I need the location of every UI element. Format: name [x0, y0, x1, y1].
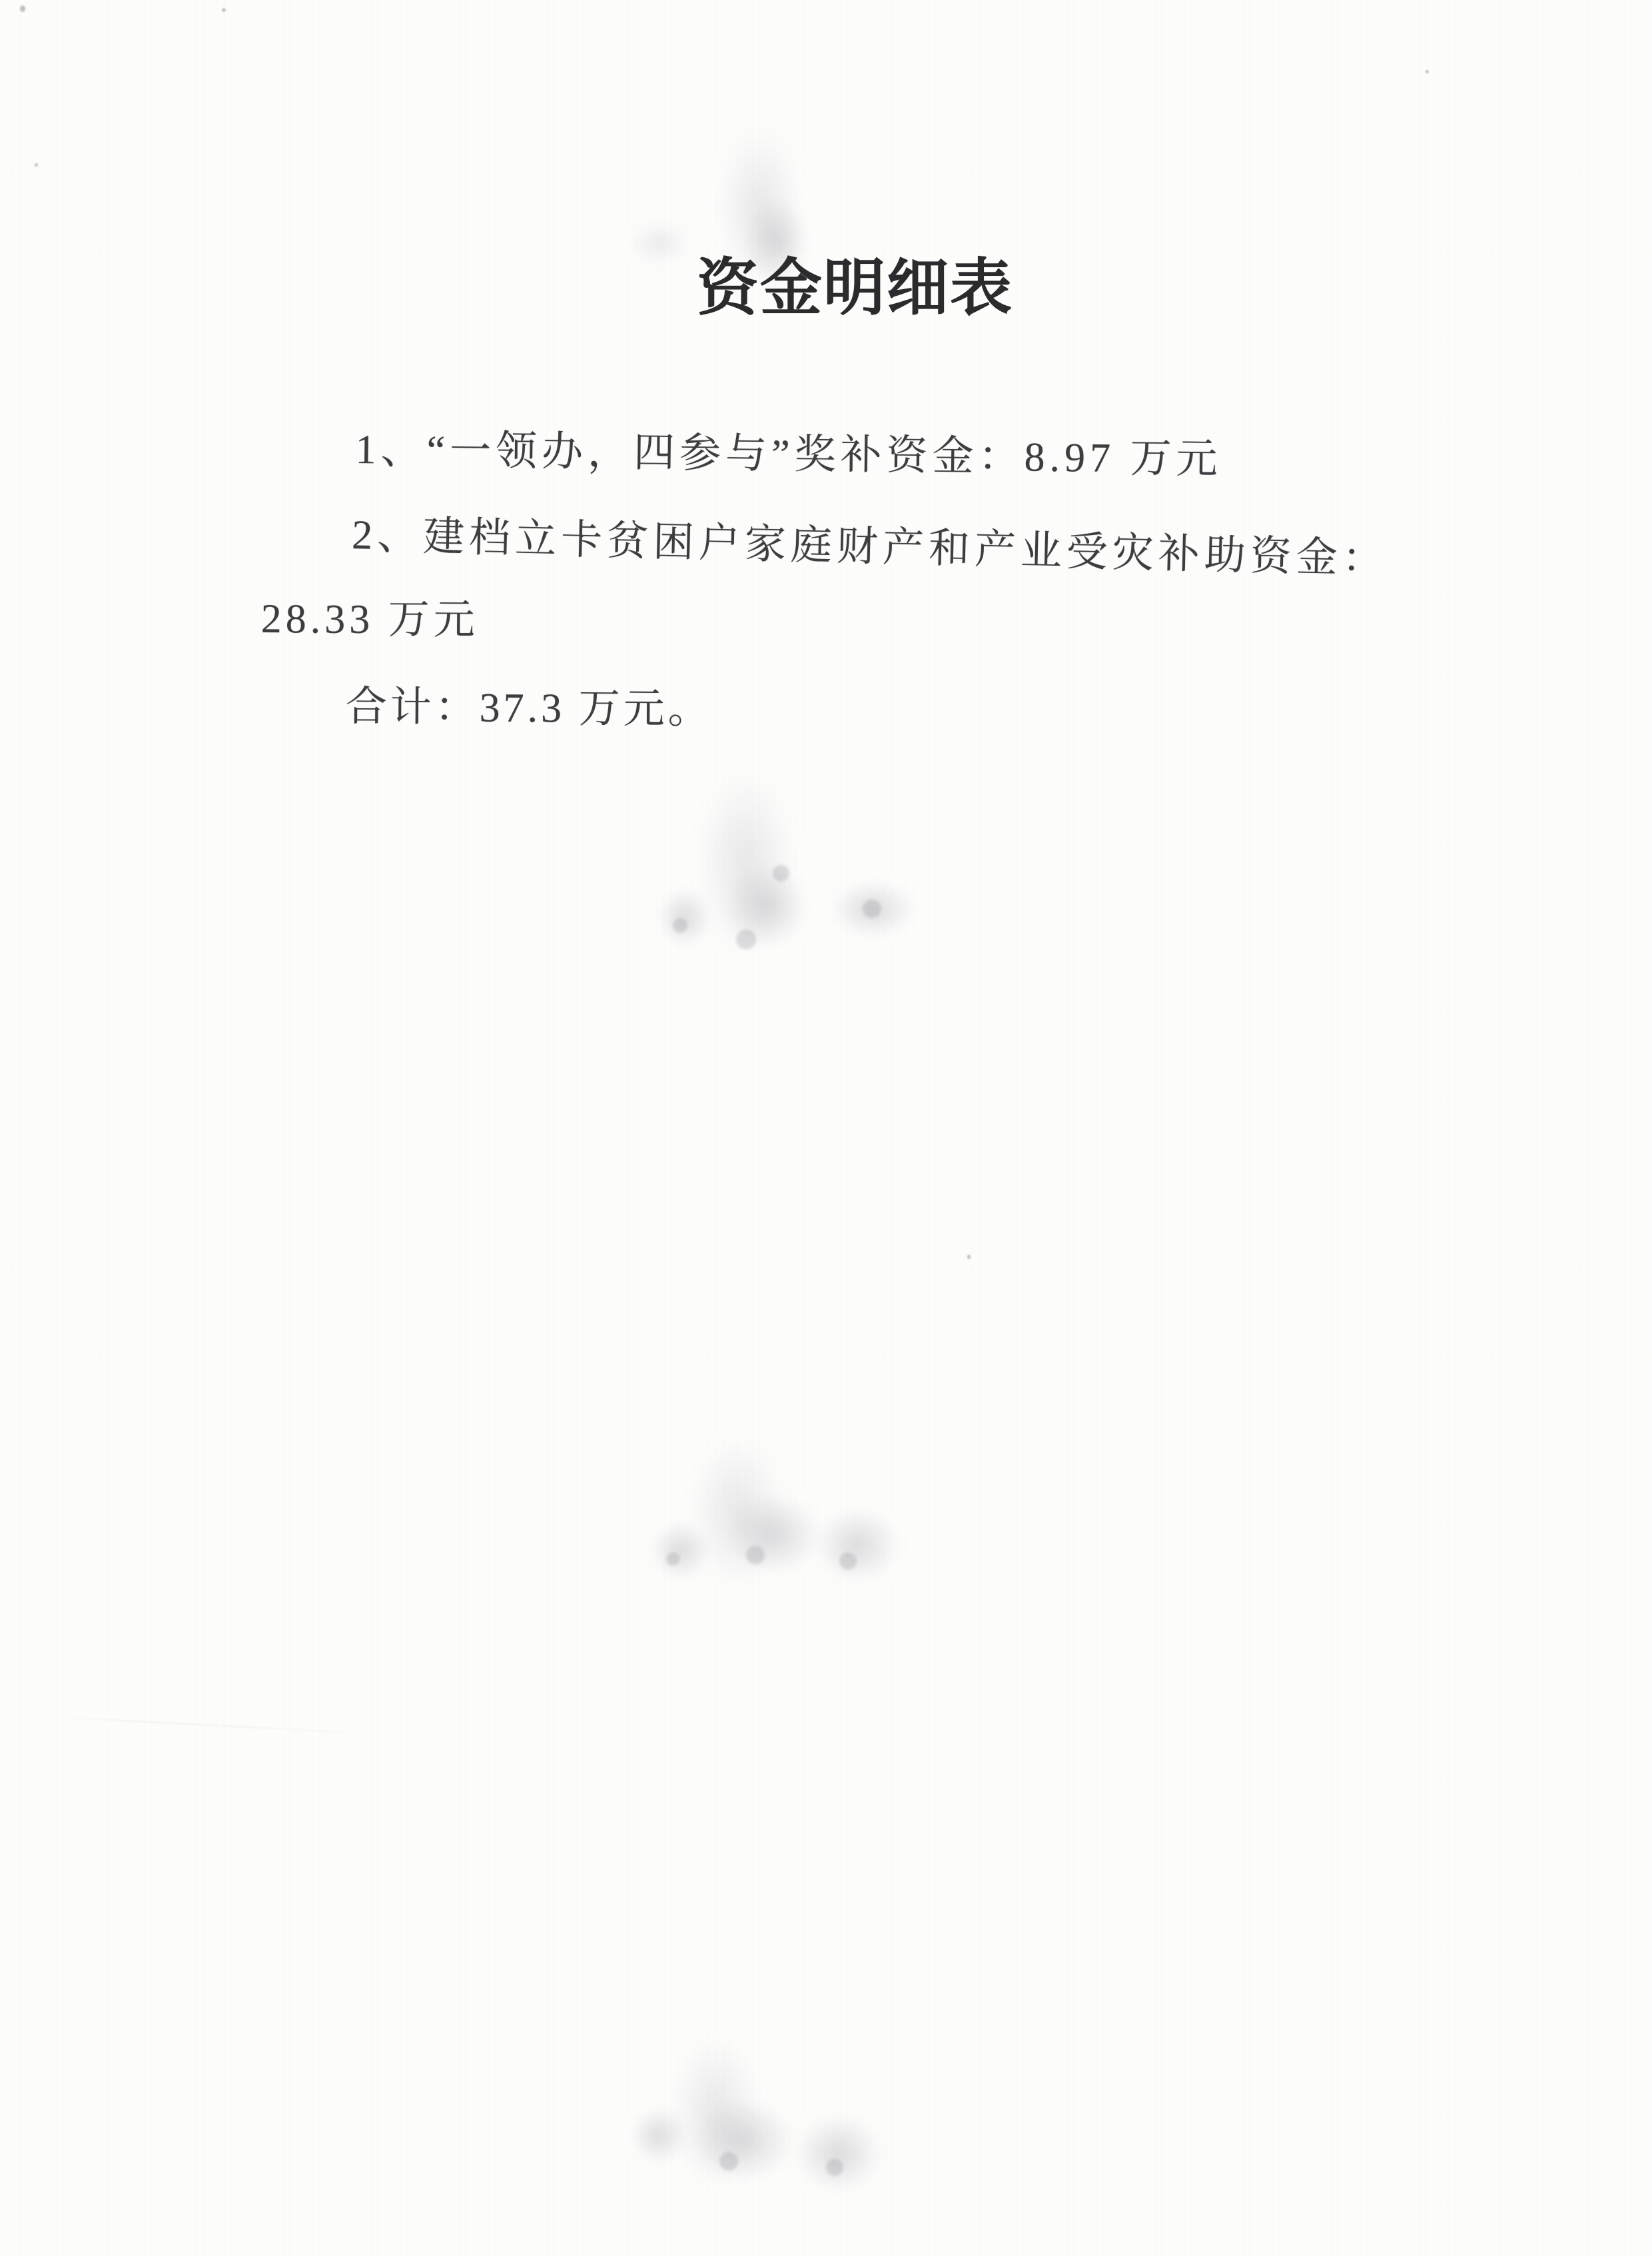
dust-speck: [967, 1255, 971, 1259]
fund-total: 合计：37.3 万元。: [345, 684, 713, 734]
dust-speck: [222, 8, 226, 12]
fund-item-1: 1、“一领办，四参与”奖补资金：8.97 万元: [355, 426, 1222, 484]
smudge-speck: [673, 918, 687, 933]
smudge-blob: [669, 2035, 763, 2189]
fund-item-2: 2、建档立卡贫困户家庭财产和产业受灾补助资金：: [351, 512, 1388, 584]
smudge-speck: [736, 929, 756, 949]
smudge-blob: [725, 865, 808, 948]
smudge-blob: [696, 770, 796, 956]
smudge-blob: [651, 1521, 710, 1580]
smudge-blob: [795, 2114, 883, 2193]
dust-speck: [1426, 70, 1429, 73]
smudge-blob: [629, 223, 689, 263]
document-title: 资金明细表: [697, 256, 1013, 321]
smudge-speck: [746, 1546, 765, 1564]
smudge-speck: [666, 1552, 679, 1566]
smudge-blob: [658, 888, 711, 947]
smudge-blob: [728, 1494, 821, 1574]
fund-item-2-continuation: 28.33 万元: [261, 596, 479, 644]
dust-speck: [35, 163, 38, 167]
smudge-blob: [689, 1436, 786, 1589]
scanned-document-page: 资金明细表 1、“一领办，四参与”奖补资金：8.97 万元 2、建档立卡贫困户家…: [0, 0, 1652, 2256]
paper-crease: [40, 1716, 386, 1735]
smudge-blob: [831, 881, 915, 937]
smudge-speck: [863, 899, 881, 918]
smudge-blob: [631, 2107, 686, 2164]
smudge-blob: [695, 2100, 795, 2181]
smudge-speck: [719, 2152, 738, 2171]
smudge-blob: [815, 1508, 900, 1582]
smudge-speck: [826, 2159, 843, 2176]
smudge-speck: [773, 865, 789, 881]
smudge-speck: [839, 1552, 857, 1570]
dust-speck: [20, 5, 25, 12]
